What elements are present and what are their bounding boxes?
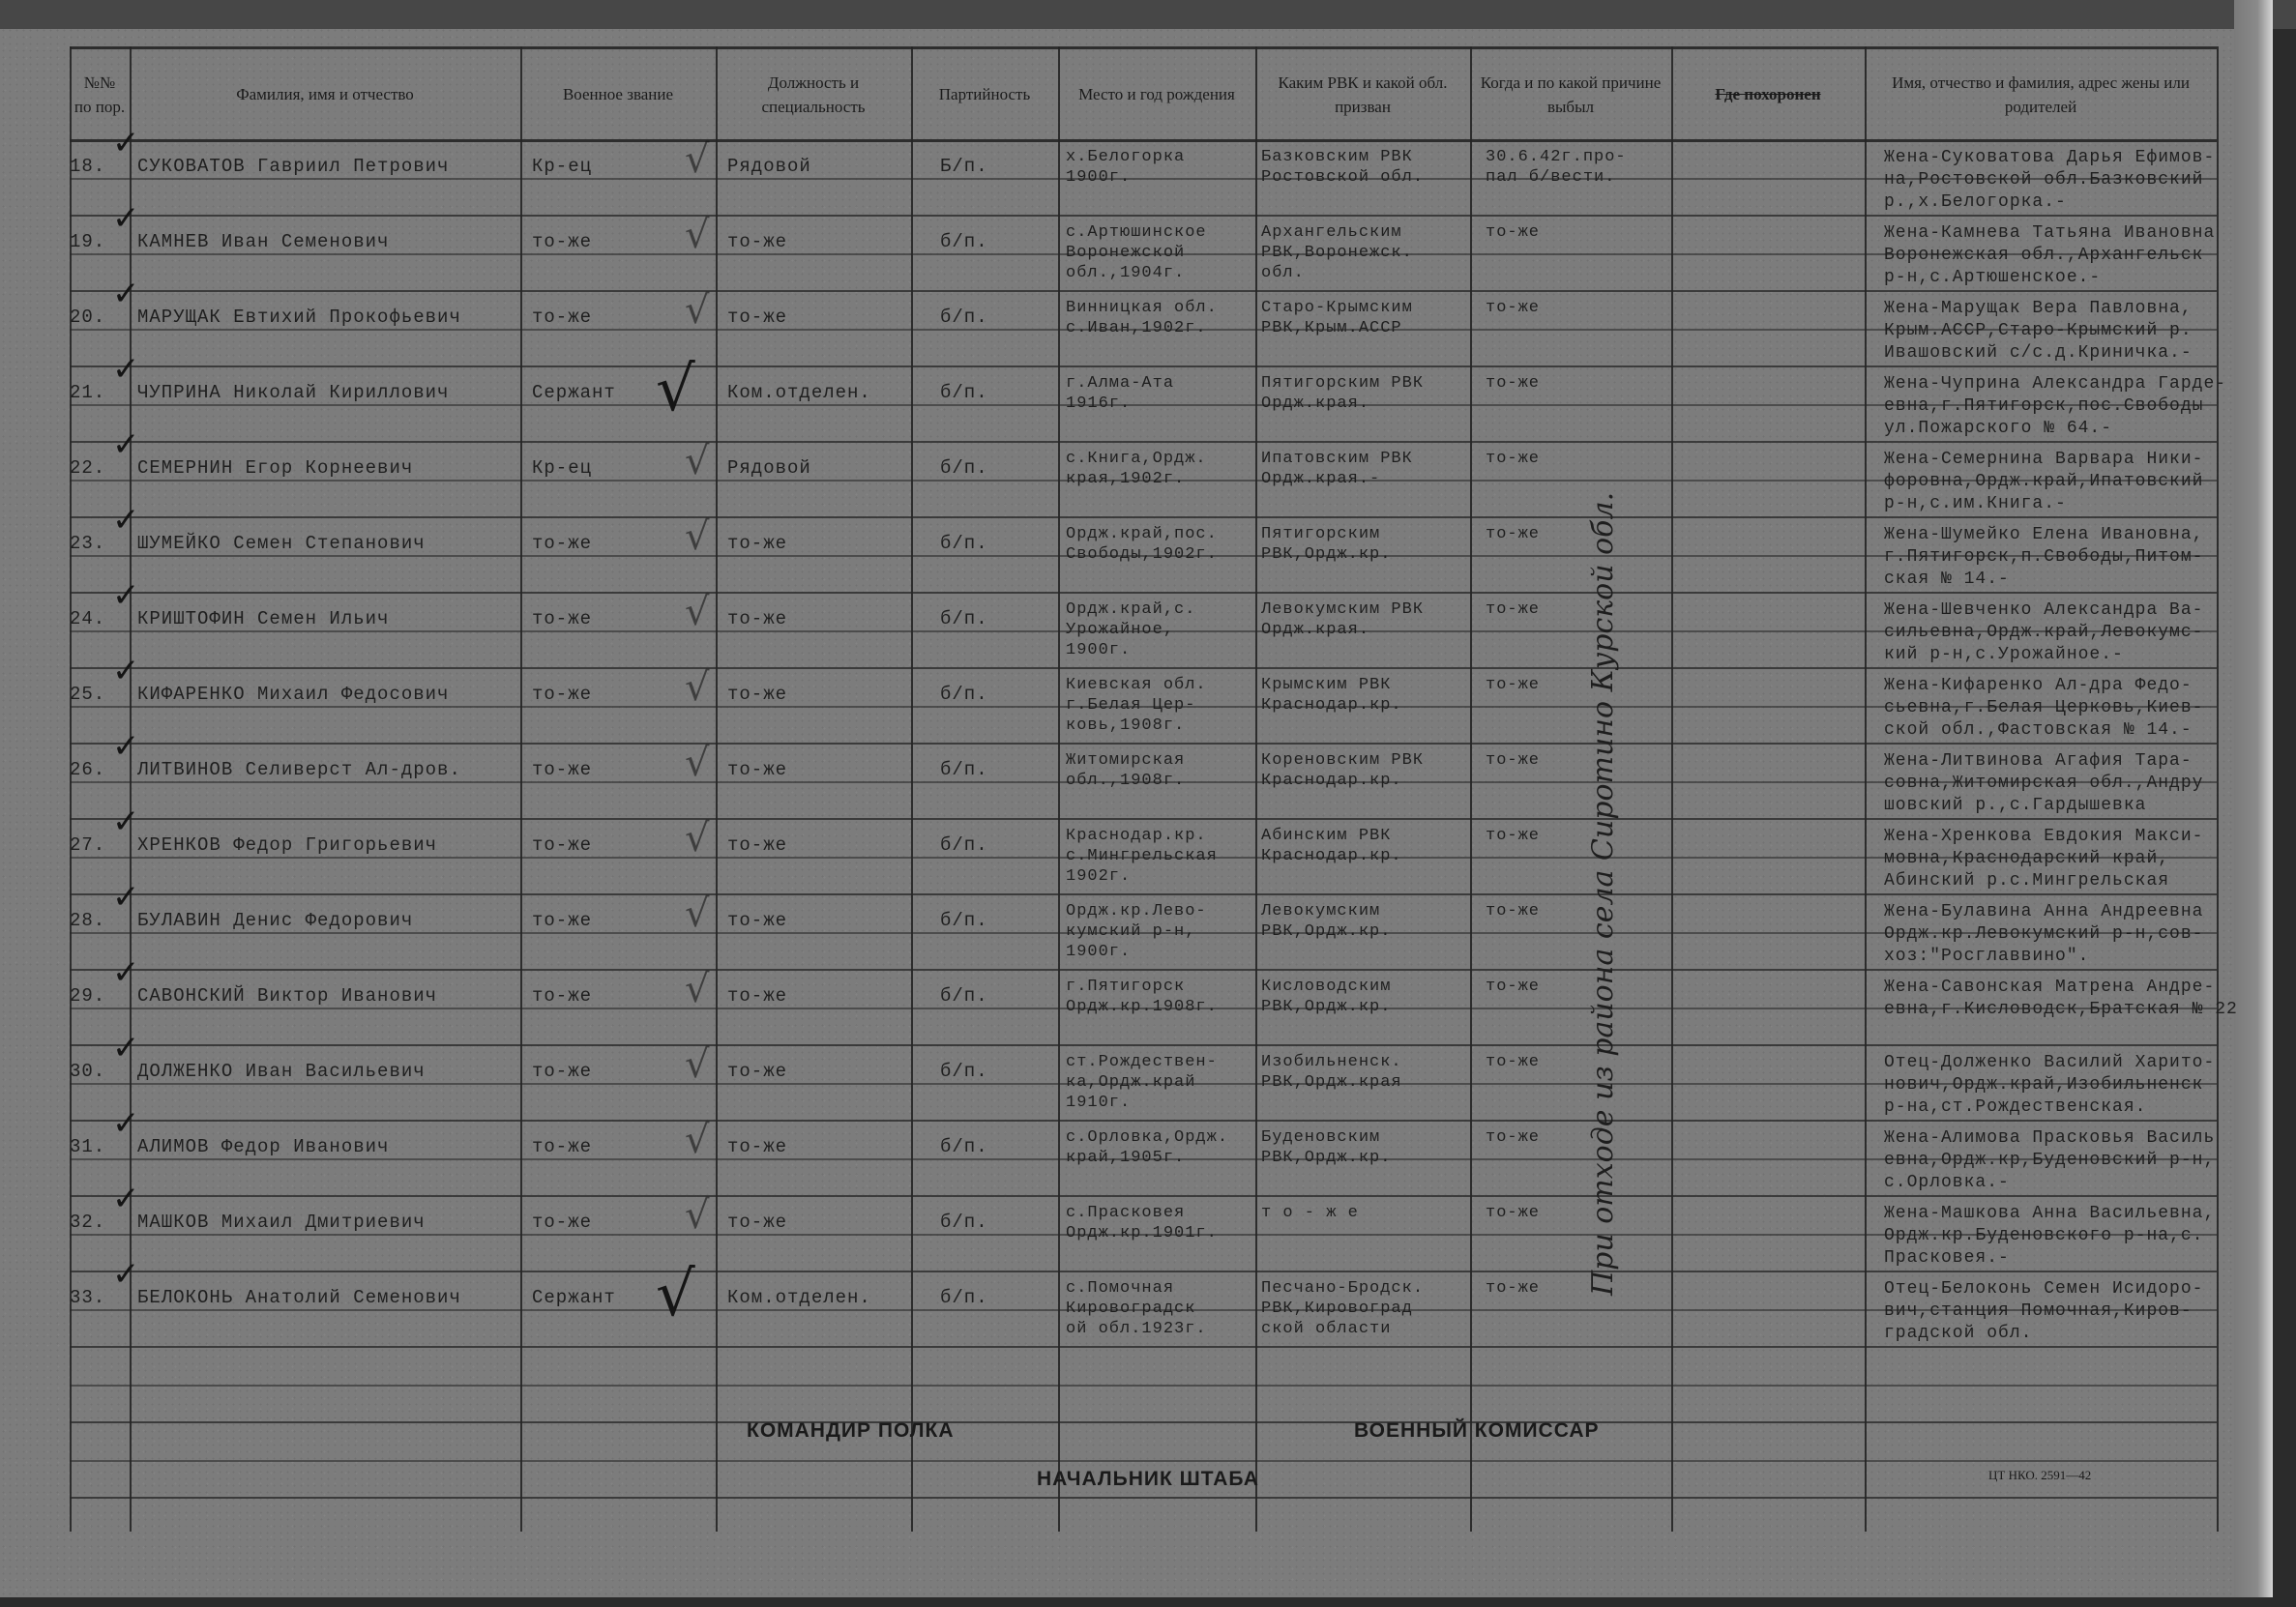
checkmark-icon: √ bbox=[685, 1118, 710, 1162]
checkmark-icon: √ bbox=[656, 1259, 695, 1330]
column-divider bbox=[2217, 46, 2219, 1532]
cell-position: то-же bbox=[727, 230, 787, 254]
cell-birth: с.Артюшинское Воронежской обл.,1904г. bbox=[1066, 222, 1207, 283]
cell-num: 25. bbox=[70, 683, 105, 707]
column-header-buried: Где похоронен bbox=[1671, 50, 1865, 139]
cell-birth: ст.Рождествен- ка,Ордж.край 1910г. bbox=[1066, 1052, 1218, 1113]
row-rule bbox=[70, 290, 2217, 292]
checkmark-icon: √ bbox=[685, 1193, 710, 1238]
cell-birth: с.Помочная Кировоградск ой обл.1923г. bbox=[1066, 1278, 1207, 1339]
cell-birth: г.Алма-Ата 1916г. bbox=[1066, 373, 1174, 414]
cell-name: МАРУЩАК Евтихий Прокофьевич bbox=[137, 306, 461, 330]
row-rule bbox=[70, 441, 2217, 443]
row-rule bbox=[70, 215, 2217, 217]
checkmark-icon: √ bbox=[685, 741, 710, 785]
cell-birth: Винницкая обл. с.Иван,1902г. bbox=[1066, 298, 1218, 338]
cell-name: ШУМЕЙКО Семен Степанович bbox=[137, 532, 426, 556]
row-rule bbox=[70, 1421, 2217, 1423]
cell-rvk: Буденовским РВК,Ордж.кр. bbox=[1261, 1127, 1391, 1168]
cell-rank: то-же bbox=[532, 532, 592, 556]
cell-num: 18. bbox=[70, 155, 105, 179]
checkmark-icon: √ bbox=[685, 891, 710, 936]
cell-when: то-же bbox=[1486, 298, 1540, 318]
cell-rank: то-же bbox=[532, 306, 592, 330]
checkmark-icon: √ bbox=[685, 137, 710, 182]
cell-rvk: Абинским РВК Краснодар.кр. bbox=[1261, 826, 1402, 866]
cell-rank: то-же bbox=[532, 683, 592, 707]
row-rule bbox=[70, 1271, 2217, 1272]
checkmark-icon: ✓ bbox=[112, 425, 140, 464]
cell-rvk: Ипатовским РВК Ордж.края.- bbox=[1261, 449, 1413, 489]
row-rule bbox=[70, 818, 2217, 820]
column-header-rvk: Каким РВК и какой обл. призван bbox=[1255, 50, 1470, 139]
handwritten-margin-note: При отходе из района села Сиротино Курск… bbox=[1586, 492, 1620, 1296]
checkmark-icon: ✓ bbox=[112, 652, 140, 690]
cell-when: то-же bbox=[1486, 675, 1540, 695]
cell-position: то-же bbox=[727, 984, 787, 1008]
cell-position: то-же bbox=[727, 1135, 787, 1159]
cell-party: б/п. bbox=[940, 607, 988, 631]
cell-rvk: т о - ж е bbox=[1261, 1203, 1359, 1223]
cell-when: 30.6.42г.про- пал б/вести. bbox=[1486, 147, 1627, 188]
cell-kin: Жена-Семернина Варвара Ники- форовна,Орд… bbox=[1884, 449, 2203, 515]
checkmark-icon: √ bbox=[685, 665, 710, 710]
cell-rvk: Изобильненск. РВК,Ордж.края bbox=[1261, 1052, 1402, 1093]
column-header-when: Когда и по какой причине выбыл bbox=[1470, 50, 1671, 139]
cell-birth: Ордж.край,пос. Свободы,1902г. bbox=[1066, 524, 1218, 565]
column-header-party: Партийность bbox=[911, 50, 1058, 139]
cell-kin: Отец-Долженко Василий Харито- нович,Ордж… bbox=[1884, 1052, 2215, 1119]
checkmark-icon: ✓ bbox=[112, 1255, 140, 1294]
cell-when: то-же bbox=[1486, 222, 1540, 243]
cell-kin: Жена-Алимова Прасковья Василь евна,Ордж.… bbox=[1884, 1127, 2215, 1194]
cell-num: 29. bbox=[70, 984, 105, 1008]
cell-position: то-же bbox=[727, 683, 787, 707]
cell-rvk: Базковским РВК Ростовской обл. bbox=[1261, 147, 1424, 188]
cell-rvk: Пятигорским РВК,Ордж.кр. bbox=[1261, 524, 1391, 565]
cell-position: то-же bbox=[727, 909, 787, 933]
cell-rvk: Левокумским РВК Ордж.края. bbox=[1261, 599, 1424, 640]
checkmark-icon: √ bbox=[685, 213, 710, 257]
cell-rank: то-же bbox=[532, 984, 592, 1008]
cell-birth: Ордж.край,с. Урожайное, 1900г. bbox=[1066, 599, 1195, 660]
cell-name: МАШКОВ Михаил Дмитриевич bbox=[137, 1211, 426, 1235]
cell-party: б/п. bbox=[940, 683, 988, 707]
row-rule bbox=[70, 1044, 2217, 1046]
cell-name: АЛИМОВ Федор Иванович bbox=[137, 1135, 389, 1159]
cell-when: то-же bbox=[1486, 901, 1540, 921]
cell-kin: Жена-Савонская Матрена Андре- евна,г.Кис… bbox=[1884, 977, 2238, 1021]
cell-birth: с.Книга,Ордж. края,1902г. bbox=[1066, 449, 1207, 489]
cell-kin: Жена-Чуприна Александра Гарде- евна,г.Пя… bbox=[1884, 373, 2226, 440]
cell-party: б/п. bbox=[940, 306, 988, 330]
checkmark-icon: √ bbox=[685, 439, 710, 483]
checkmark-icon: √ bbox=[685, 590, 710, 634]
cell-party: б/п. bbox=[940, 758, 988, 782]
cell-num: 30. bbox=[70, 1060, 105, 1084]
cell-when: то-же bbox=[1486, 1127, 1540, 1148]
scan-top-edge bbox=[0, 0, 2296, 29]
checkmark-icon: √ bbox=[685, 514, 710, 559]
cell-when: то-же bbox=[1486, 977, 1540, 997]
cell-name: ДОЛЖЕНКО Иван Васильевич bbox=[137, 1060, 426, 1084]
row-rule bbox=[70, 1195, 2217, 1197]
cell-kin: Жена-Кифаренко Ал-дра Федо- сьевна,г.Бел… bbox=[1884, 675, 2203, 742]
signature-chief-of-staff-label: НАЧАЛЬНИК ШТАБА bbox=[1037, 1468, 1259, 1491]
cell-num: 21. bbox=[70, 381, 105, 405]
cell-num: 26. bbox=[70, 758, 105, 782]
cell-position: Рядовой bbox=[727, 456, 811, 481]
cell-rvk: Песчано-Бродск. РВК,Кировоград ской обла… bbox=[1261, 1278, 1424, 1339]
cell-rvk: Архангельским РВК,Воронежск. обл. bbox=[1261, 222, 1413, 283]
cell-birth: Краснодар.кр. с.Мингрельская 1902г. bbox=[1066, 826, 1218, 887]
checkmark-icon: ✓ bbox=[112, 878, 140, 917]
cell-kin: Жена-Хренкова Евдокия Макси- мовна,Красн… bbox=[1884, 826, 2203, 892]
form-code: ЦТ НКО. 2591—42 bbox=[1988, 1468, 2091, 1483]
cell-when: то-же bbox=[1486, 449, 1540, 469]
cell-when: то-же bbox=[1486, 826, 1540, 846]
cell-position: то-же bbox=[727, 833, 787, 858]
cell-name: ЛИТВИНОВ Селиверст Ал-дров. bbox=[137, 758, 461, 782]
cell-num: 31. bbox=[70, 1135, 105, 1159]
cell-name: СЕМЕРНИН Егор Корнеевич bbox=[137, 456, 413, 481]
cell-party: б/п. bbox=[940, 909, 988, 933]
cell-kin: Жена-Шумейко Елена Ивановна, г.Пятигорск… bbox=[1884, 524, 2203, 591]
cell-rvk: Левокумским РВК,Ордж.кр. bbox=[1261, 901, 1391, 942]
cell-position: то-же bbox=[727, 1060, 787, 1084]
checkmark-icon: √ bbox=[685, 288, 710, 333]
checkmark-icon: √ bbox=[685, 1042, 710, 1087]
cell-num: 23. bbox=[70, 532, 105, 556]
cell-position: то-же bbox=[727, 306, 787, 330]
row-rule bbox=[70, 893, 2217, 895]
cell-position: Рядовой bbox=[727, 155, 811, 179]
cell-num: 20. bbox=[70, 306, 105, 330]
cell-birth: Киевская обл. г.Белая Цер- ковь,1908г. bbox=[1066, 675, 1207, 736]
column-header-rank: Военное звание bbox=[520, 50, 716, 139]
column-header-kin: Имя, отчество и фамилия, адрес жены или … bbox=[1865, 50, 2217, 139]
row-rule bbox=[70, 592, 2217, 594]
row-rule bbox=[70, 743, 2217, 745]
cell-party: б/п. bbox=[940, 1211, 988, 1235]
row-rule bbox=[70, 516, 2217, 518]
cell-kin: Отец-Белоконь Семен Исидоро- вич,станция… bbox=[1884, 1278, 2203, 1345]
cell-rank: Кр-ец bbox=[532, 155, 592, 179]
cell-party: б/п. bbox=[940, 532, 988, 556]
cell-party: б/п. bbox=[940, 456, 988, 481]
cell-num: 27. bbox=[70, 833, 105, 858]
cell-num: 33. bbox=[70, 1286, 105, 1310]
cell-kin: Жена-Машкова Анна Васильевна, Ордж.кр.Бу… bbox=[1884, 1203, 2215, 1270]
column-header-name: Фамилия, имя и отчество bbox=[130, 50, 520, 139]
cell-name: БУЛАВИН Денис Федорович bbox=[137, 909, 413, 933]
cell-rank: то-же bbox=[532, 1135, 592, 1159]
cell-kin: Жена-Суковатова Дарья Ефимов- на,Ростовс… bbox=[1884, 147, 2215, 214]
cell-party: б/п. bbox=[940, 833, 988, 858]
checkmark-icon: ✓ bbox=[112, 124, 140, 162]
cell-rank: Сержант bbox=[532, 1286, 616, 1310]
cell-party: б/п. bbox=[940, 1286, 988, 1310]
cell-when: то-же bbox=[1486, 373, 1540, 394]
cell-birth: г.Пятигорск Ордж.кр.1908г. bbox=[1066, 977, 1218, 1017]
cell-rvk: Крымским РВК Краснодар.кр. bbox=[1261, 675, 1402, 716]
cell-rank: то-же bbox=[532, 833, 592, 858]
cell-party: б/п. bbox=[940, 1135, 988, 1159]
cell-birth: Житомирская обл.,1908г. bbox=[1066, 750, 1185, 791]
checkmark-icon: ✓ bbox=[112, 350, 140, 389]
cell-rank: то-же bbox=[532, 1060, 592, 1084]
row-rule bbox=[70, 667, 2217, 669]
cell-num: 22. bbox=[70, 456, 105, 481]
cell-position: то-же bbox=[727, 532, 787, 556]
cell-party: б/п. bbox=[940, 230, 988, 254]
cell-when: то-же bbox=[1486, 524, 1540, 544]
checkmark-icon: ✓ bbox=[112, 501, 140, 540]
column-header-position: Должность и специальность bbox=[716, 50, 911, 139]
cell-name: ХРЕНКОВ Федор Григорьевич bbox=[137, 833, 437, 858]
cell-when: то-же bbox=[1486, 750, 1540, 771]
cell-when: то-же bbox=[1486, 1278, 1540, 1299]
cell-position: то-же bbox=[727, 607, 787, 631]
cell-when: то-же bbox=[1486, 1052, 1540, 1072]
cell-party: б/п. bbox=[940, 1060, 988, 1084]
cell-position: то-же bbox=[727, 758, 787, 782]
cell-rank: то-же bbox=[532, 607, 592, 631]
cell-birth: с.Орловка,Ордж. край,1905г. bbox=[1066, 1127, 1228, 1168]
header-rule bbox=[70, 46, 2217, 49]
checkmark-icon: ✓ bbox=[112, 1029, 140, 1067]
cell-name: ЧУПРИНА Николай Кириллович bbox=[137, 381, 449, 405]
checkmark-icon: ✓ bbox=[112, 803, 140, 841]
cell-rvk: Старо-Крымским РВК,Крым.АССР bbox=[1261, 298, 1413, 338]
row-rule bbox=[70, 969, 2217, 971]
cell-kin: Жена-Шевченко Александра Ва- сильевна,Ор… bbox=[1884, 599, 2203, 666]
cell-position: Ком.отделен. bbox=[727, 381, 871, 405]
cell-rvk: Кисловодским РВК,Ордж.кр. bbox=[1261, 977, 1391, 1017]
cell-birth: х.Белогорка 1900г. bbox=[1066, 147, 1185, 188]
cell-rank: то-же bbox=[532, 230, 592, 254]
paper-right-edge bbox=[2234, 0, 2273, 1597]
cell-rank: Кр-ец bbox=[532, 456, 592, 481]
cell-when: то-же bbox=[1486, 599, 1540, 620]
cell-name: КИФАРЕНКО Михаил Федосович bbox=[137, 683, 449, 707]
cell-num: 32. bbox=[70, 1211, 105, 1235]
cell-party: Б/п. bbox=[940, 155, 988, 179]
row-rule bbox=[70, 1460, 2217, 1462]
checkmark-icon: ✓ bbox=[112, 199, 140, 238]
checkmark-icon: ✓ bbox=[112, 1104, 140, 1143]
row-rule bbox=[70, 1346, 2217, 1348]
checkmark-icon: √ bbox=[685, 816, 710, 861]
row-rule bbox=[70, 1497, 2217, 1499]
row-rule bbox=[70, 1120, 2217, 1122]
checkmark-icon: ✓ bbox=[112, 953, 140, 992]
cell-kin: Жена-Булавина Анна Андреевна Ордж.кр.Лев… bbox=[1884, 901, 2203, 968]
checkmark-icon: ✓ bbox=[112, 576, 140, 615]
cell-party: б/п. bbox=[940, 381, 988, 405]
signature-commander-label: КОМАНДИР ПОЛКА bbox=[747, 1419, 955, 1443]
cell-rank: то-же bbox=[532, 758, 592, 782]
cell-rank: то-же bbox=[532, 909, 592, 933]
checkmark-icon: ✓ bbox=[112, 1180, 140, 1218]
cell-position: то-же bbox=[727, 1211, 787, 1235]
document-sheet: №№ по пор.Фамилия, имя и отчествоВоенное… bbox=[0, 0, 2273, 1597]
checkmark-icon: ✓ bbox=[112, 727, 140, 766]
cell-kin: Жена-Литвинова Агафия Тара- совна,Житоми… bbox=[1884, 750, 2203, 817]
cell-position: Ком.отделен. bbox=[727, 1286, 871, 1310]
cell-kin: Жена-Марущак Вера Павловна, Крым.АССР,Ст… bbox=[1884, 298, 2193, 365]
cell-num: 19. bbox=[70, 230, 105, 254]
cell-rvk: Пятигорским РВК Ордж.края. bbox=[1261, 373, 1424, 414]
cell-name: БЕЛОКОНЬ Анатолий Семенович bbox=[137, 1286, 461, 1310]
checkmark-icon: √ bbox=[685, 967, 710, 1011]
checkmark-icon: ✓ bbox=[112, 275, 140, 313]
cell-name: СУКОВАТОВ Гавриил Петрович bbox=[137, 155, 449, 179]
cell-kin: Жена-Камнева Татьяна Ивановна Воронежска… bbox=[1884, 222, 2215, 289]
cell-rank: Сержант bbox=[532, 381, 616, 405]
cell-birth: Ордж.кр.Лево- кумский р-н, 1900г. bbox=[1066, 901, 1207, 962]
cell-num: 24. bbox=[70, 607, 105, 631]
cell-name: КРИШТОФИН Семен Ильич bbox=[137, 607, 389, 631]
cell-party: б/п. bbox=[940, 984, 988, 1008]
cell-name: САВОНСКИЙ Виктор Иванович bbox=[137, 984, 437, 1008]
cell-when: то-же bbox=[1486, 1203, 1540, 1223]
cell-name: КАМНЕВ Иван Семенович bbox=[137, 230, 389, 254]
row-rule bbox=[70, 1385, 2217, 1387]
row-rule bbox=[70, 139, 2217, 142]
cell-rank: то-же bbox=[532, 1211, 592, 1235]
cell-birth: с.Прасковея Ордж.кр.1901г. bbox=[1066, 1203, 1218, 1243]
column-header-birth: Место и год рождения bbox=[1058, 50, 1255, 139]
checkmark-icon: √ bbox=[656, 354, 695, 425]
cell-num: 28. bbox=[70, 909, 105, 933]
row-rule bbox=[70, 365, 2217, 367]
signature-commissar-label: ВОЕННЫЙ КОМИССАР bbox=[1354, 1419, 1600, 1443]
cell-rvk: Кореновским РВК Краснодар.кр. bbox=[1261, 750, 1424, 791]
